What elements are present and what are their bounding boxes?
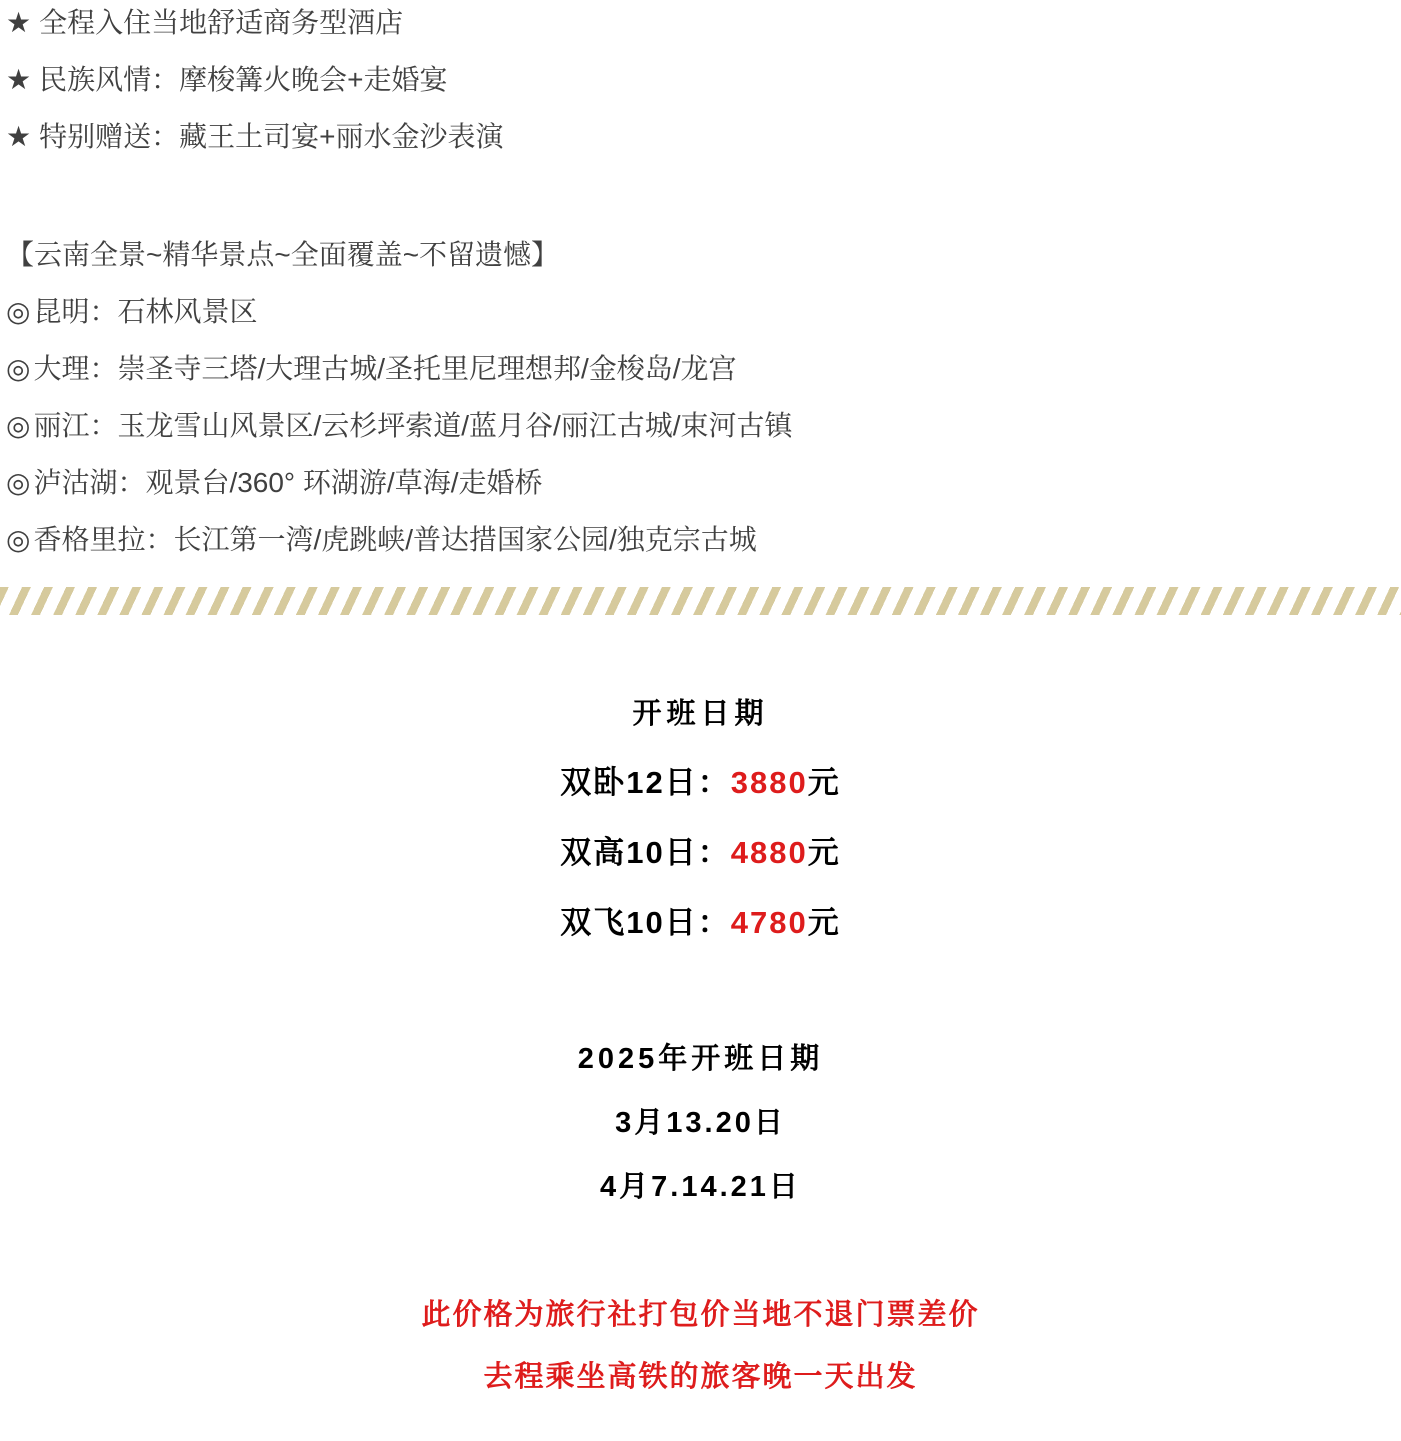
price-unit: 元 bbox=[808, 905, 841, 940]
highlights-section: 【云南全景~精华景点~全面覆盖~不留遗憾】 ◎昆明：石林风景区 ◎大理：崇圣寺三… bbox=[0, 226, 1401, 568]
highlight-item-dali: ◎大理：崇圣寺三塔/大理古城/圣托里尼理想邦/金梭岛/龙宫 bbox=[6, 340, 1401, 397]
feature-item-free-gift: ★特别赠送：藏王土司宴+丽水金沙表演 bbox=[6, 108, 1401, 165]
schedule-section: 开班日期 双卧12日：3880元 双高10日：4880元 双飞10日：4780元… bbox=[0, 695, 1401, 1206]
departure-dates-title: 2025年开班日期 bbox=[0, 1040, 1401, 1078]
price-line-flight-10d: 双飞10日：4780元 bbox=[0, 903, 1401, 943]
feature-item-hotel: ★全程入住当地舒适商务型酒店 bbox=[6, 0, 1401, 51]
star-bullet-icon: ★ bbox=[6, 64, 31, 95]
feature-text: 全程入住当地舒适商务型酒店 bbox=[39, 7, 403, 38]
highlight-item-shangrila: ◎香格里拉：长江第一湾/虎跳峡/普达措国家公园/独克宗古城 bbox=[6, 511, 1401, 568]
feature-list: ★全程入住当地舒适商务型酒店 ★民族风情：摩梭篝火晚会+走婚宴 ★特别赠送：藏王… bbox=[0, 0, 1401, 165]
star-bullet-icon: ★ bbox=[6, 121, 31, 152]
price-label: 双高10日： bbox=[560, 835, 730, 870]
highlight-item-lijiang: ◎丽江：玉龙雪山风景区/云杉坪索道/蓝月谷/丽江古城/束河古镇 bbox=[6, 397, 1401, 454]
highlights-title: 【云南全景~精华景点~全面覆盖~不留遗憾】 bbox=[6, 226, 1401, 283]
price-value: 3880 bbox=[731, 765, 808, 800]
schedule-title: 开班日期 bbox=[0, 695, 1401, 733]
highlight-text: 丽江：玉龙雪山风景区/云杉坪索道/蓝月谷/丽江古城/束河古镇 bbox=[33, 410, 792, 441]
highlight-text: 泸沽湖：观景台/360° 环湖游/草海/走婚桥 bbox=[33, 467, 542, 498]
departure-date-april: 4月7.14.21日 bbox=[0, 1168, 1401, 1206]
ring-bullet-icon: ◎ bbox=[6, 353, 30, 384]
price-unit: 元 bbox=[808, 835, 841, 870]
price-value: 4880 bbox=[731, 835, 808, 870]
highlight-text: 香格里拉：长江第一湾/虎跳峡/普达措国家公园/独克宗古城 bbox=[33, 524, 756, 555]
price-line-highspeed-10d: 双高10日：4880元 bbox=[0, 833, 1401, 873]
ring-bullet-icon: ◎ bbox=[6, 296, 30, 327]
travel-flyer-page: ★全程入住当地舒适商务型酒店 ★民族风情：摩梭篝火晚会+走婚宴 ★特别赠送：藏王… bbox=[0, 0, 1401, 1441]
star-bullet-icon: ★ bbox=[6, 7, 31, 38]
price-line-sleeper-12d: 双卧12日：3880元 bbox=[0, 763, 1401, 803]
highlight-text: 昆明：石林风景区 bbox=[33, 296, 257, 327]
price-value: 4780 bbox=[731, 905, 808, 940]
ring-bullet-icon: ◎ bbox=[6, 410, 30, 441]
price-label: 双卧12日： bbox=[560, 765, 730, 800]
highlight-item-kunming: ◎昆明：石林风景区 bbox=[6, 283, 1401, 340]
notice-train-departure: 去程乘坐高铁的旅客晚一天出发 bbox=[0, 1358, 1401, 1396]
ring-bullet-icon: ◎ bbox=[6, 467, 30, 498]
notice-section: 此价格为旅行社打包价当地不退门票差价 去程乘坐高铁的旅客晚一天出发 bbox=[0, 1296, 1401, 1396]
striped-divider bbox=[0, 587, 1401, 615]
price-unit: 元 bbox=[808, 765, 841, 800]
ring-bullet-icon: ◎ bbox=[6, 524, 30, 555]
highlight-item-lugu-lake: ◎泸沽湖：观景台/360° 环湖游/草海/走婚桥 bbox=[6, 454, 1401, 511]
feature-text: 民族风情：摩梭篝火晚会+走婚宴 bbox=[39, 64, 447, 95]
notice-price-policy: 此价格为旅行社打包价当地不退门票差价 bbox=[0, 1296, 1401, 1334]
highlight-text: 大理：崇圣寺三塔/大理古城/圣托里尼理想邦/金梭岛/龙宫 bbox=[33, 353, 736, 384]
feature-item-folk-custom: ★民族风情：摩梭篝火晚会+走婚宴 bbox=[6, 51, 1401, 108]
price-label: 双飞10日： bbox=[560, 905, 730, 940]
departure-date-march: 3月13.20日 bbox=[0, 1104, 1401, 1142]
feature-text: 特别赠送：藏王土司宴+丽水金沙表演 bbox=[39, 121, 503, 152]
